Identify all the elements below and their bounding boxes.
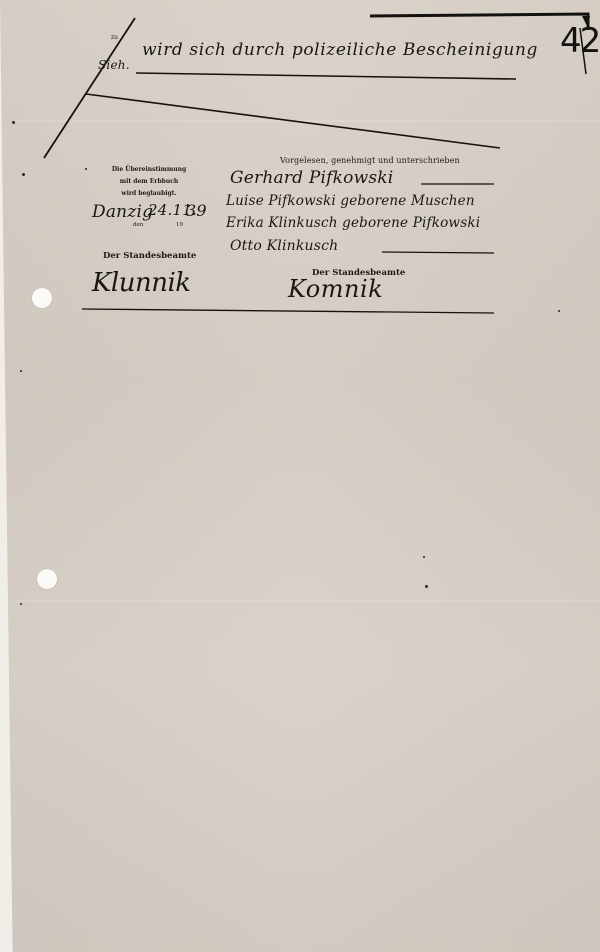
- document-page: 42 zu Sieh. wird sich durch polizeiliche…: [0, 0, 600, 952]
- paper-fold: [14, 120, 600, 122]
- paper-fold: [14, 600, 600, 602]
- margin-word: Sieh.: [98, 58, 130, 72]
- certification-place: Danzig: [92, 202, 153, 222]
- ink-speck: [22, 173, 25, 176]
- ink-speck: [425, 585, 428, 588]
- punch-hole: [37, 569, 57, 589]
- signature-line: Luise Pifkowski geborene Muschen: [226, 193, 475, 209]
- signature-line: Gerhard Pifkowski: [230, 168, 393, 188]
- page-number: 42: [560, 24, 599, 58]
- ink-speck: [12, 121, 15, 124]
- certification-line: wird beglaubigt.: [96, 188, 202, 200]
- signature-line: Otto Klinkusch: [230, 238, 338, 254]
- signatures-heading: Vorgelesen, genehmigt und unterschrieben: [280, 156, 460, 165]
- ink-speck: [558, 310, 560, 312]
- certification-line: mit dem Erbbuch: [96, 176, 202, 188]
- certification-year: 39: [186, 201, 207, 220]
- ink-speck: [20, 370, 22, 372]
- official-label-left: Der Standesbeamte: [103, 251, 196, 261]
- den-label: den: [133, 222, 143, 228]
- certification-text: Die Übereinstimmung mit dem Erbbuch wird…: [96, 164, 202, 200]
- scan-edge-strip: [0, 0, 14, 952]
- top-note-handwriting: wird sich durch polizeiliche Bescheinigu…: [142, 40, 538, 60]
- margin-label: zu: [111, 34, 118, 41]
- ruled-lines: [0, 0, 600, 952]
- signature-line: Erika Klinkusch geborene Pifkowski: [226, 215, 480, 231]
- punch-hole: [32, 288, 52, 308]
- year-prefix: 19: [176, 222, 183, 228]
- ink-speck: [423, 556, 425, 558]
- official-signature-right: Komnik: [288, 275, 383, 303]
- official-signature-left: Klunnik: [92, 268, 191, 298]
- certification-line: Die Übereinstimmung: [96, 164, 202, 176]
- ink-speck: [20, 603, 22, 605]
- ink-speck: [85, 168, 87, 170]
